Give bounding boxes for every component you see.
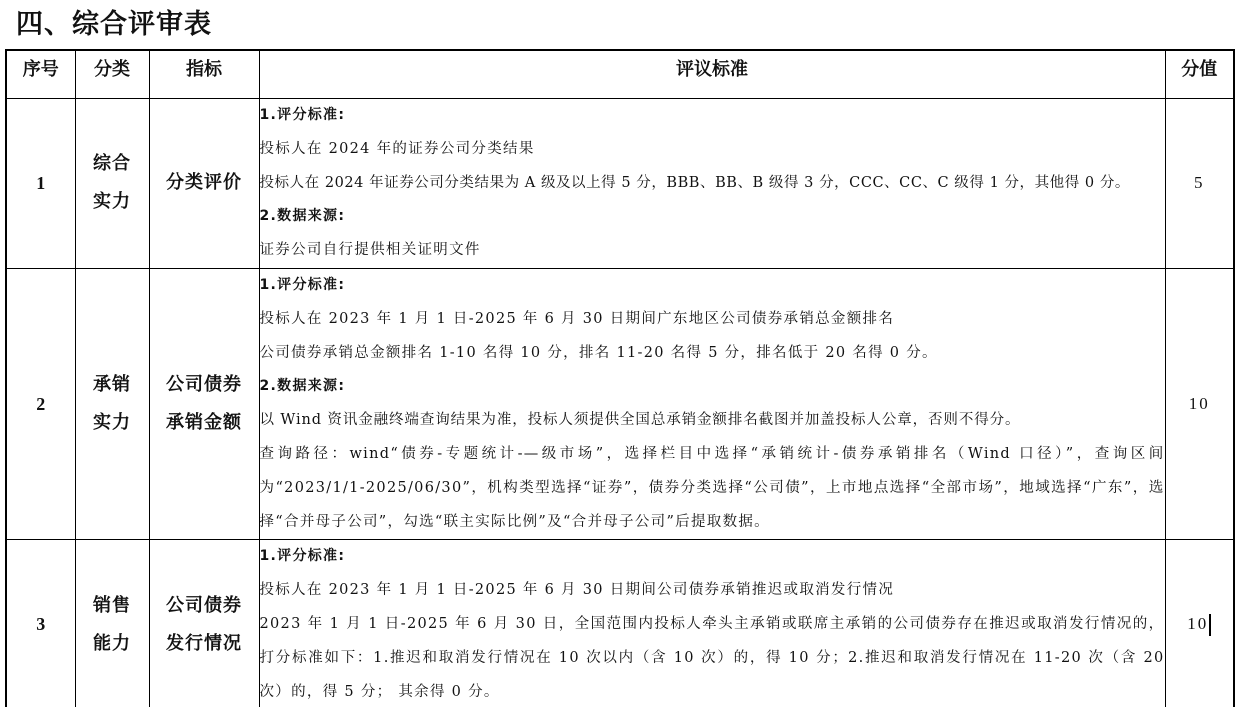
criteria-cell[interactable]: 1.评分标准: 投标人在 2023 年 1 月 1 日-2025 年 6 月 3… — [259, 540, 1165, 707]
data-source-title: 2.数据来源: — [260, 200, 1165, 234]
category-line: 销售 — [76, 587, 149, 625]
score-cell[interactable]: 5 — [1165, 99, 1234, 269]
category-line: 综合 — [76, 145, 149, 183]
indicator-line: 发行情况 — [150, 625, 259, 663]
criteria-section-title: 1.评分标准: — [260, 540, 1165, 574]
category-line: 实力 — [76, 404, 149, 442]
text-cursor — [1209, 614, 1211, 636]
criteria-line: 投标人在 2023 年 1 月 1 日-2025 年 6 月 30 日期间广东地… — [260, 303, 1165, 337]
score-cell[interactable]: 10 — [1165, 540, 1234, 707]
row-number: 2 — [6, 268, 75, 539]
criteria-section-title: 1.评分标准: — [260, 269, 1165, 303]
category-line: 能力 — [76, 625, 149, 663]
criteria-line: 投标人在 2023 年 1 月 1 日-2025 年 6 月 30 日期间公司债… — [260, 574, 1165, 608]
header-no: 序号 — [6, 50, 75, 99]
indicator-line: 公司债券 — [150, 587, 259, 625]
header-row: 序号 分类 指标 评议标准 分值 — [6, 50, 1234, 99]
indicator-line: 公司债券 — [150, 366, 259, 404]
category-line: 实力 — [76, 183, 149, 221]
data-source-line: 证券公司自行提供相关证明文件 — [260, 234, 1165, 268]
data-source-title: 2.数据来源: — [260, 370, 1165, 404]
indicator-cell: 分类评价 — [149, 99, 259, 269]
header-criteria: 评议标准 — [259, 50, 1165, 99]
indicator-cell: 公司债券 发行情况 — [149, 540, 259, 707]
criteria-line: 投标人在 2024 年的证券公司分类结果 — [260, 133, 1165, 167]
header-category: 分类 — [75, 50, 149, 99]
criteria-cell[interactable]: 1.评分标准: 投标人在 2024 年的证券公司分类结果 投标人在 2024 年… — [259, 99, 1165, 269]
row-number: 1 — [6, 99, 75, 269]
score-cell[interactable]: 10 — [1165, 268, 1234, 539]
table-row: 2 承销 实力 公司债券 承销金额 1.评分标准: 投标人在 2023 年 1 … — [6, 268, 1234, 539]
review-table: 序号 分类 指标 评议标准 分值 1 综合 实力 分类评价 1.评分标准: 投标… — [5, 49, 1235, 707]
criteria-line: 2023 年 1 月 1 日-2025 年 6 月 30 日，全国范围内投标人牵… — [260, 608, 1165, 707]
criteria-line: 投标人在 2024 年证券公司分类结果为 A 级及以上得 5 分，BBB、BB、… — [260, 167, 1165, 201]
category-line: 承销 — [76, 366, 149, 404]
category-cell: 销售 能力 — [75, 540, 149, 707]
criteria-cell[interactable]: 1.评分标准: 投标人在 2023 年 1 月 1 日-2025 年 6 月 3… — [259, 268, 1165, 539]
query-path-text: 查询路径：wind“债券-专题统计-—级市场”，选择栏目中选择“承销统计-债券承… — [260, 438, 1165, 539]
table-row: 1 综合 实力 分类评价 1.评分标准: 投标人在 2024 年的证券公司分类结… — [6, 99, 1234, 269]
indicator-cell: 公司债券 承销金额 — [149, 268, 259, 539]
score-value[interactable]: 10 — [1187, 614, 1208, 633]
data-source-line: 以 Wind 资讯金融终端查询结果为准，投标人须提供全国总承销金额排名截图并加盖… — [260, 404, 1165, 438]
category-cell: 综合 实力 — [75, 99, 149, 269]
table-row: 3 销售 能力 公司债券 发行情况 1.评分标准: 投标人在 2023 年 1 … — [6, 540, 1234, 707]
criteria-line: 公司债券承销总金额排名 1-10 名得 10 分，排名 11-20 名得 5 分… — [260, 337, 1165, 371]
section-title: 四、综合评审表 — [16, 2, 212, 41]
criteria-section-title: 1.评分标准: — [260, 99, 1165, 133]
row-number: 3 — [6, 540, 75, 707]
indicator-line: 承销金额 — [150, 404, 259, 442]
indicator-line: 分类评价 — [150, 164, 259, 202]
header-indicator: 指标 — [149, 50, 259, 99]
category-cell: 承销 实力 — [75, 268, 149, 539]
header-score: 分值 — [1165, 50, 1234, 99]
